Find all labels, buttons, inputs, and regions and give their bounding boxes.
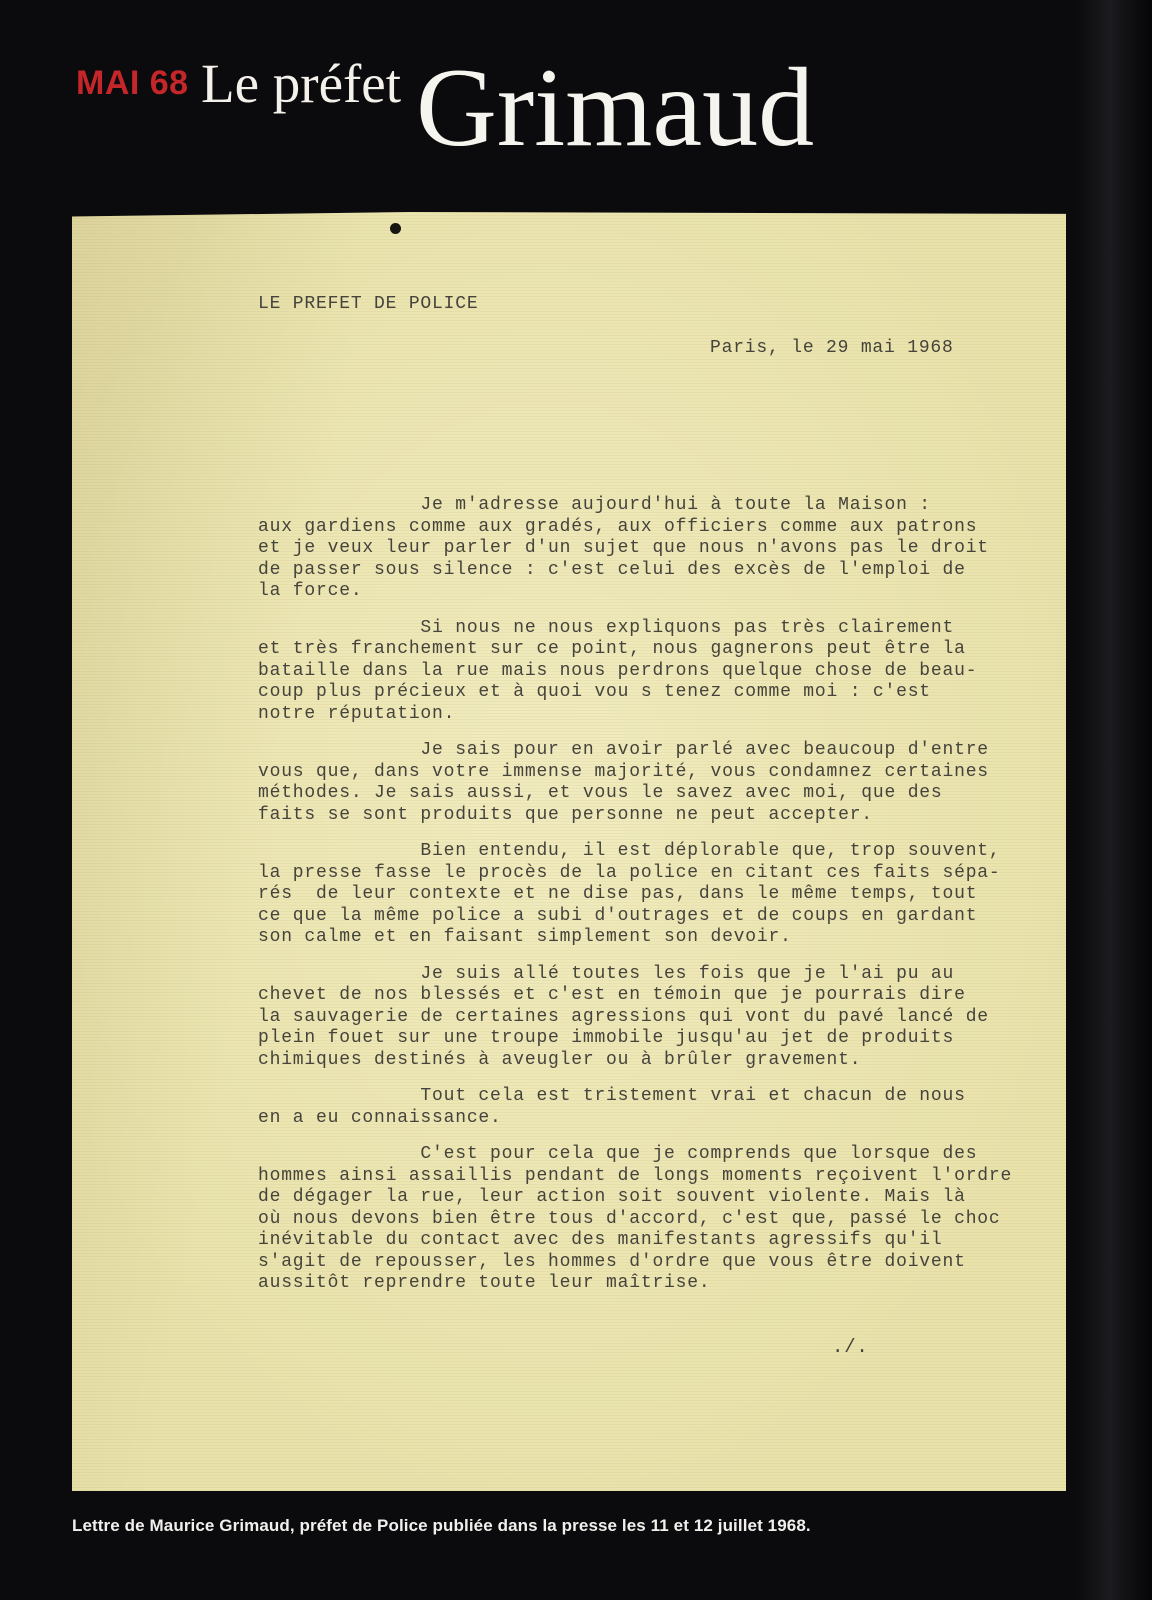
magazine-page: MAI 68 Le préfet Grimaud LE PREFET DE PO… <box>0 0 1152 1600</box>
continuation-mark: ./. <box>832 1337 1018 1359</box>
page-title-prefix: Le préfet <box>201 56 401 111</box>
letter-paragraph: C'est pour cela que je comprends que lor… <box>258 1144 1018 1295</box>
letter-document: LE PREFET DE POLICE Paris, le 29 mai 196… <box>72 212 1066 1491</box>
letter-paragraph: Tout cela est tristement vrai et chacun … <box>258 1086 1018 1129</box>
letterhead: LE PREFET DE POLICE <box>258 294 1018 316</box>
letter-paragraph: Bien entendu, il est déplorable que, tro… <box>258 841 1018 949</box>
letter-paragraph: Je m'adresse aujourd'hui à toute la Mais… <box>258 495 1018 603</box>
letter-paragraph: Si nous ne nous expliquons pas très clai… <box>258 618 1018 726</box>
letter-body: LE PREFET DE POLICE Paris, le 29 mai 196… <box>72 212 1066 1491</box>
page-title: Grimaud <box>416 52 814 164</box>
binding-shadow <box>1077 0 1152 1600</box>
letter-paragraph: Je suis allé toutes les fois que je l'ai… <box>258 964 1018 1072</box>
dateline: Paris, le 29 mai 1968 <box>710 338 1018 360</box>
photo-caption: Lettre de Maurice Grimaud, préfet de Pol… <box>72 1516 811 1536</box>
letter-paragraphs: Je m'adresse aujourd'hui à toute la Mais… <box>258 495 1018 1295</box>
section-tag-mai68: MAI 68 <box>76 64 189 103</box>
letter-paragraph: Je sais pour en avoir parlé avec beaucou… <box>258 740 1018 826</box>
